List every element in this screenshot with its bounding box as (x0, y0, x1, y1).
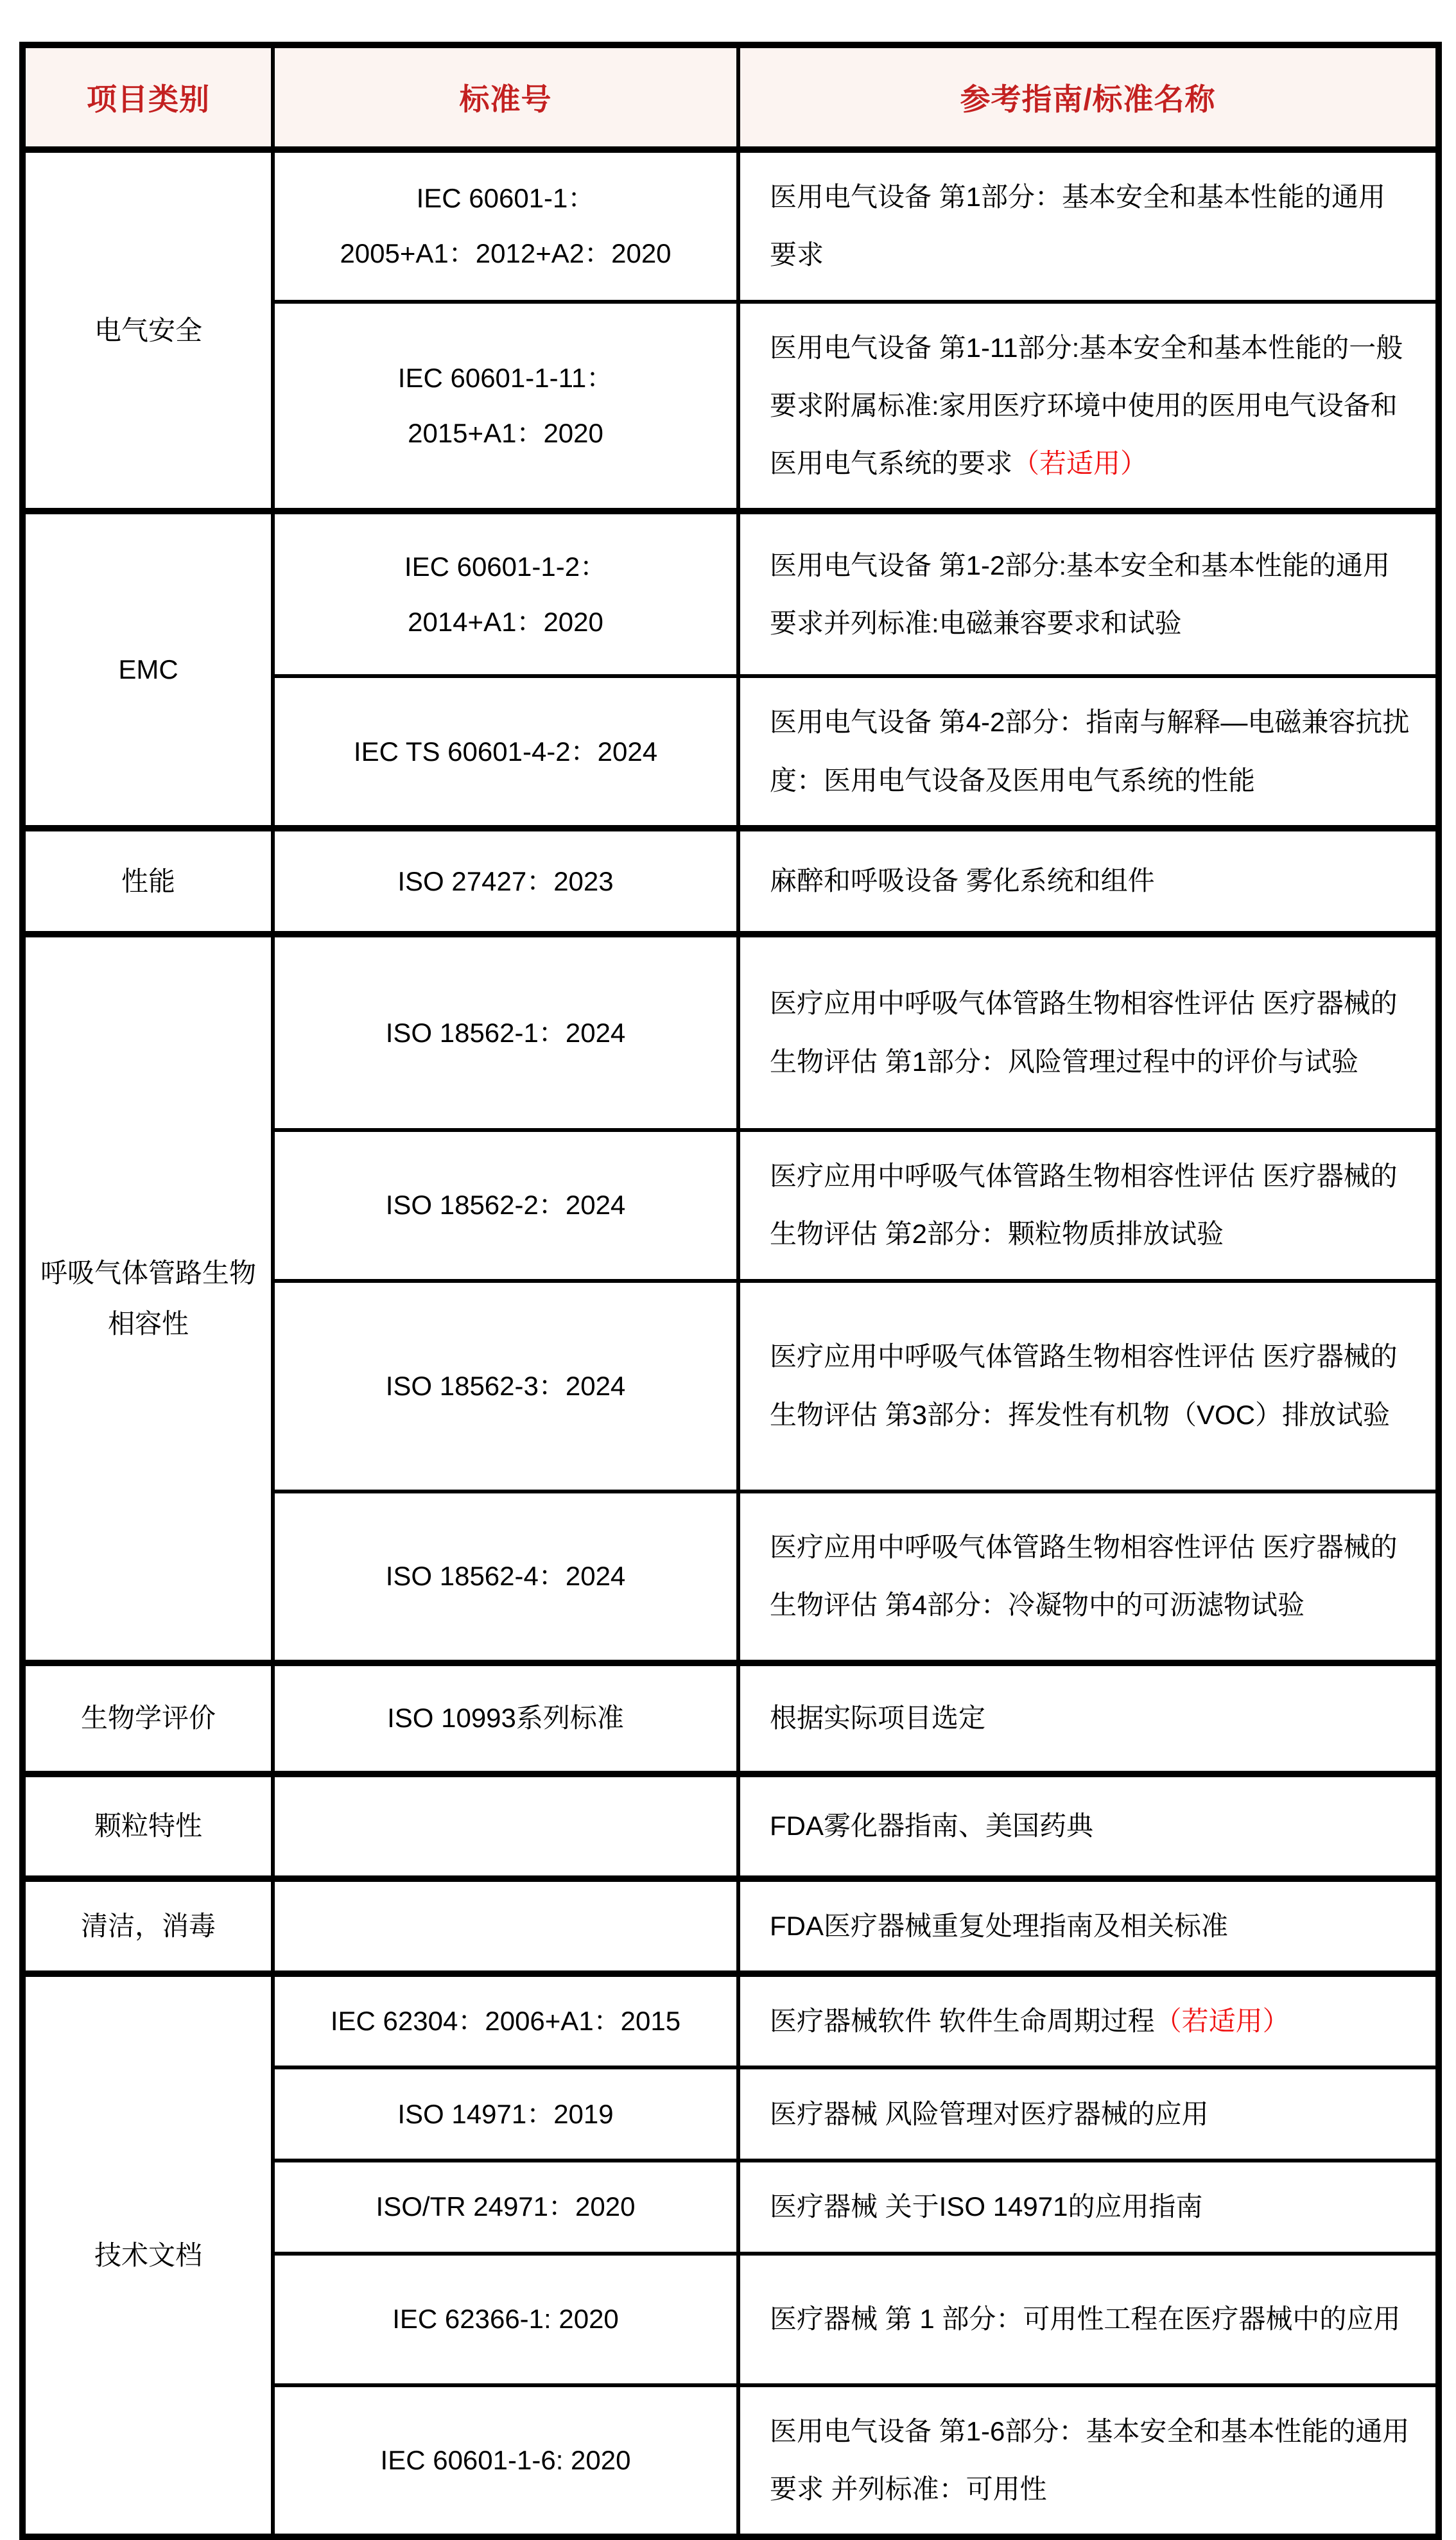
table-row: 呼吸气体管路生物相容性 ISO 18562-1：2024 医疗应用中呼吸气体管路… (22, 934, 1439, 1130)
table-row: 技术文档 IEC 62304：2006+A1：2015 医疗器械软件 软件生命周… (22, 1974, 1439, 2067)
standard-cell: IEC 60601-1-11： 2015+A1：2020 (273, 302, 738, 512)
category-cell-emc: EMC (22, 511, 273, 828)
table-row: 生物学评价 ISO 10993系列标准 根据实际项目选定 (22, 1663, 1439, 1774)
standard-name: 麻醉和呼吸设备 雾化系统和组件 (770, 866, 1155, 896)
standards-table: 项目类别 标准号 参考指南/标准名称 电气安全 IEC 60601-1： 200… (19, 42, 1442, 2540)
standard-name: FDA医疗器械重复处理指南及相关标准 (770, 1911, 1228, 1941)
standard-cell-empty (273, 1879, 738, 1974)
name-cell: 麻醉和呼吸设备 雾化系统和组件 (738, 828, 1439, 934)
standard-cell: ISO 18562-4：2024 (273, 1492, 738, 1663)
name-cell: 医疗应用中呼吸气体管路生物相容性评估 医疗器械的生物评估 第3部分：挥发性有机物… (738, 1281, 1439, 1492)
name-cell: 医疗器械 第 1 部分：可用性工程在医疗器械中的应用 (738, 2254, 1439, 2385)
category-cell-technical-documentation: 技术文档 (22, 1974, 273, 2537)
header-cell-standard-number: 标准号 (273, 45, 738, 150)
standard-cell-empty (273, 1774, 738, 1879)
category-cell-biological-evaluation: 生物学评价 (22, 1663, 273, 1774)
note-if-applicable: （若适用） (1155, 2006, 1290, 2036)
category-cell-electrical-safety: 电气安全 (22, 150, 273, 511)
standard-cell: ISO 18562-3：2024 (273, 1281, 738, 1492)
standard-cell: IEC 60601-1-2： 2014+A1：2020 (273, 511, 738, 676)
name-cell: 医疗应用中呼吸气体管路生物相容性评估 医疗器械的生物评估 第2部分：颗粒物质排放… (738, 1130, 1439, 1281)
standard-name: 医疗器械 关于ISO 14971的应用指南 (770, 2191, 1202, 2222)
standard-cell: IEC 62366-1: 2020 (273, 2254, 738, 2385)
standard-cell: IEC 62304：2006+A1：2015 (273, 1974, 738, 2067)
standard-cell: ISO 18562-1：2024 (273, 934, 738, 1130)
standard-cell: ISO 27427：2023 (273, 828, 738, 934)
standard-name: 医用电气设备 第4-2部分：指南与解释—电磁兼容抗扰度：医用电气设备及医用电气系… (770, 707, 1409, 795)
standard-cell: IEC 60601-1： 2005+A1：2012+A2：2020 (273, 150, 738, 302)
name-cell: 医用电气设备 第1-2部分:基本安全和基本性能的通用要求并列标准:电磁兼容要求和… (738, 511, 1439, 676)
table-row: 清洁，消毒 FDA医疗器械重复处理指南及相关标准 (22, 1879, 1439, 1974)
category-cell-particle-characteristics: 颗粒特性 (22, 1774, 273, 1879)
name-cell: 医疗器械软件 软件生命周期过程（若适用） (738, 1974, 1439, 2067)
standard-cell: ISO 10993系列标准 (273, 1663, 738, 1774)
category-cell-cleaning-disinfection: 清洁，消毒 (22, 1879, 273, 1974)
name-cell: FDA雾化器指南、美国药典 (738, 1774, 1439, 1879)
standard-name: 医用电气设备 第1部分：基本安全和基本性能的通用要求 (770, 182, 1385, 270)
standard-name: 医用电气设备 第1-6部分：基本安全和基本性能的通用要求 并列标准：可用性 (770, 2416, 1409, 2504)
name-cell: 医用电气设备 第1-11部分:基本安全和基本性能的一般要求附属标准:家用医疗环境… (738, 302, 1439, 512)
header-cell-reference-name: 参考指南/标准名称 (738, 45, 1439, 150)
standard-name: 医疗应用中呼吸气体管路生物相容性评估 医疗器械的生物评估 第1部分：风险管理过程… (770, 988, 1398, 1076)
name-cell: 根据实际项目选定 (738, 1663, 1439, 1774)
standard-cell: ISO 18562-2：2024 (273, 1130, 738, 1281)
name-cell: FDA医疗器械重复处理指南及相关标准 (738, 1879, 1439, 1974)
standard-name: 根据实际项目选定 (770, 1703, 985, 1733)
standard-name: FDA雾化器指南、美国药典 (770, 1811, 1093, 1841)
standard-name: 医疗应用中呼吸气体管路生物相容性评估 医疗器械的生物评估 第4部分：冷凝物中的可… (770, 1532, 1398, 1620)
name-cell: 医用电气设备 第1-6部分：基本安全和基本性能的通用要求 并列标准：可用性 (738, 2385, 1439, 2537)
name-cell: 医用电气设备 第4-2部分：指南与解释—电磁兼容抗扰度：医用电气设备及医用电气系… (738, 676, 1439, 828)
standard-cell: ISO/TR 24971：2020 (273, 2161, 738, 2253)
header-cell-category: 项目类别 (22, 45, 273, 150)
standard-name: 医疗器械软件 软件生命周期过程 (770, 2006, 1155, 2036)
name-cell: 医疗器械 风险管理对医疗器械的应用 (738, 2067, 1439, 2161)
name-cell: 医疗应用中呼吸气体管路生物相容性评估 医疗器械的生物评估 第1部分：风险管理过程… (738, 934, 1439, 1130)
table-row: 性能 ISO 27427：2023 麻醉和呼吸设备 雾化系统和组件 (22, 828, 1439, 934)
name-cell: 医疗应用中呼吸气体管路生物相容性评估 医疗器械的生物评估 第4部分：冷凝物中的可… (738, 1492, 1439, 1663)
name-cell: 医疗器械 关于ISO 14971的应用指南 (738, 2161, 1439, 2253)
header-row: 项目类别 标准号 参考指南/标准名称 (22, 45, 1439, 150)
table-row: 颗粒特性 FDA雾化器指南、美国药典 (22, 1774, 1439, 1879)
standard-cell: IEC TS 60601-4-2：2024 (273, 676, 738, 828)
standard-name: 医疗器械 第 1 部分：可用性工程在医疗器械中的应用 (770, 2304, 1400, 2334)
category-cell-performance: 性能 (22, 828, 273, 934)
name-cell: 医用电气设备 第1部分：基本安全和基本性能的通用要求 (738, 150, 1439, 302)
table-row: 电气安全 IEC 60601-1： 2005+A1：2012+A2：2020 医… (22, 150, 1439, 302)
note-if-applicable: （若适用） (1012, 448, 1147, 478)
standard-name: 医疗应用中呼吸气体管路生物相容性评估 医疗器械的生物评估 第2部分：颗粒物质排放… (770, 1161, 1398, 1249)
standard-cell: IEC 60601-1-6: 2020 (273, 2385, 738, 2537)
standard-name: 医用电气设备 第1-2部分:基本安全和基本性能的通用要求并列标准:电磁兼容要求和… (770, 550, 1390, 638)
category-cell-breathing-gas-biocompatibility: 呼吸气体管路生物相容性 (22, 934, 273, 1663)
standard-name: 医疗器械 风险管理对医疗器械的应用 (770, 2099, 1209, 2129)
standard-cell: ISO 14971：2019 (273, 2067, 738, 2161)
standard-name: 医疗应用中呼吸气体管路生物相容性评估 医疗器械的生物评估 第3部分：挥发性有机物… (770, 1341, 1398, 1429)
table-row: EMC IEC 60601-1-2： 2014+A1：2020 医用电气设备 第… (22, 511, 1439, 676)
